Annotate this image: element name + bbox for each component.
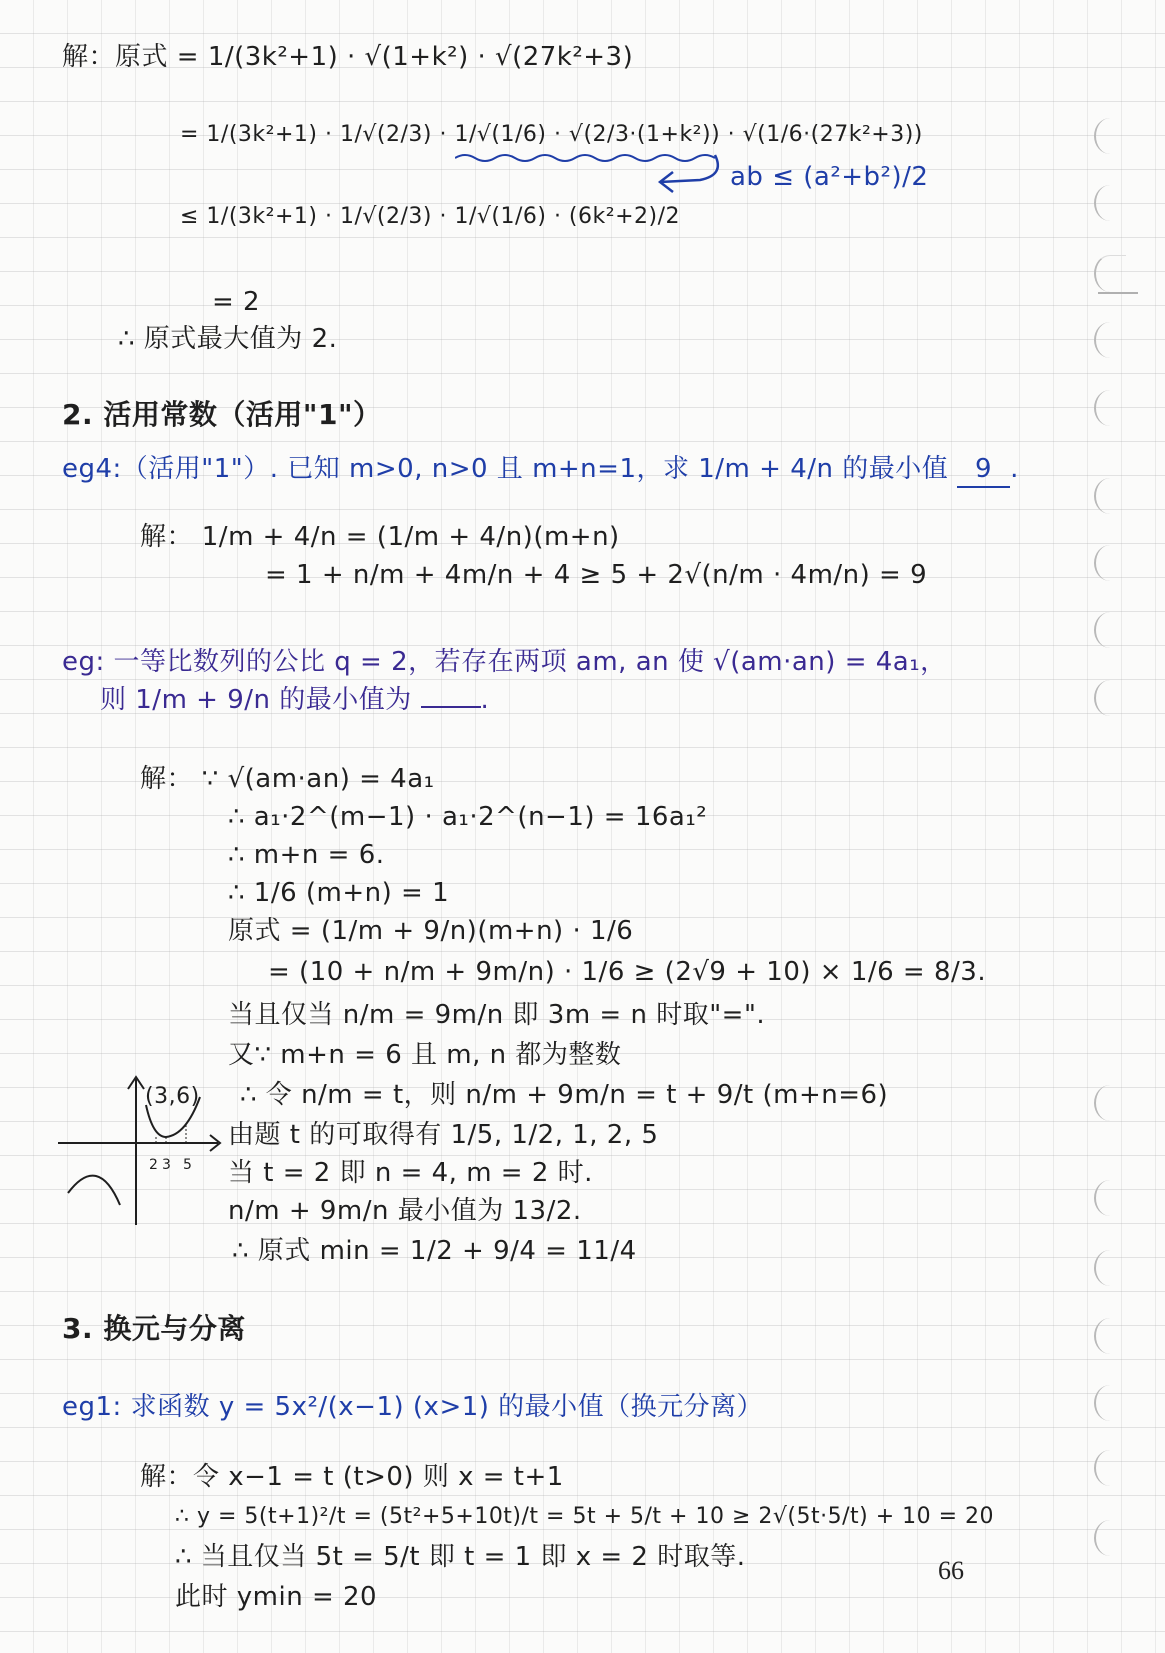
binder-ring [1094,255,1126,292]
solution-line: 解：令 x−1 = t (t>0) 则 x = t+1 [140,1460,564,1494]
solution-line: ∴ 1/6 (m+n) = 1 [228,876,449,910]
question-suffix: . [1010,454,1019,484]
answer-blank [421,684,481,708]
graph-tick-label: 2 [149,1148,158,1182]
solution-line: ≤ 1/(3k²+1) · 1/√(2/3) · 1/√(1/6) · (6k²… [180,200,680,234]
graph-vertex-label: (3,6) [145,1080,200,1114]
solution-line: = 1/(3k²+1) · 1/√(2/3) · 1/√(1/6) · √(2/… [180,118,923,152]
section-heading: 3. 换元与分离 [62,1312,246,1346]
solution-line: 解： ∵ √(am·an) = 4a₁ [140,762,435,796]
solution-line: ∴ y = 5(t+1)²/t = (5t²+5+10t)/t = 5t + 5… [175,1500,994,1534]
example-question: eg1: 求函数 y = 5x²/(x−1) (x>1) 的最小值（换元分离） [62,1390,763,1424]
binder-ring [1094,545,1126,581]
solution-line: 解： 1/m + 4/n = (1/m + 4/n)(m+n) [140,520,620,554]
conclusion-line: ∴ 原式最大值为 2. [118,322,337,356]
example-question: eg: 一等比数列的公比 q = 2，若存在两项 am, an 使 √(am·a… [62,645,947,679]
solution-line: 原式 = (1/m + 9/n)(m+n) · 1/6 [228,914,633,948]
binder-ring-tab [1098,292,1138,294]
solution-line: 当且仅当 n/m = 9m/n 即 3m = n 时取"=". [228,998,765,1032]
binder-ring [1094,390,1126,426]
question-suffix: . [481,685,490,715]
solution-line: = (10 + n/m + 9m/n) · 1/6 ≥ (2√9 + 10) ×… [268,955,986,989]
solution-line: 解：原式 = 1/(3k²+1) · √(1+k²) · √(27k²+3) [62,40,633,74]
solution-line: ∴ 原式 min = 1/2 + 9/4 = 11/4 [232,1234,637,1268]
section-heading: 2. 活用常数（活用"1"） [62,398,382,432]
solution-line: ∴ m+n = 6. [228,838,385,872]
binder-ring [1094,1520,1126,1556]
example-question: eg4:（活用"1"）. 已知 m>0, n>0 且 m+n=1，求 1/m +… [62,452,1019,488]
solution-line: 又∵ m+n = 6 且 m, n 都为整数 [228,1038,621,1072]
solution-line: 当 t = 2 即 n = 4, m = 2 时. [228,1156,593,1190]
solution-line: n/m + 9m/n 最小值为 13/2. [228,1194,582,1228]
solution-line: 由题 t 的可取得有 1/5, 1/2, 1, 2, 5 [228,1118,658,1152]
solution-line: ∴ 令 n/m = t，则 n/m + 9m/n = t + 9/t (m+n=… [240,1078,888,1112]
binder-ring [1094,612,1126,648]
binder-ring [1094,1085,1126,1121]
binder-ring [1094,185,1126,221]
solution-line: = 2 [212,285,260,319]
example-question: 则 1/m + 9/n 的最小值为 . [100,683,489,717]
solution-line: ∴ 当且仅当 5t = 5/t 即 t = 1 即 x = 2 时取等. [175,1540,746,1574]
binder-ring [1094,322,1126,358]
binder-ring [1094,680,1126,716]
page-number: 66 [938,1556,964,1586]
function-graph [58,1075,228,1225]
answer-blank: 9 [957,452,1010,488]
binder-ring [1094,1250,1126,1286]
question-text: 则 1/m + 9/n 的最小值为 [100,685,412,715]
solution-line: 此时 ymin = 20 [175,1580,377,1614]
solution-line: ∴ a₁·2^(m−1) · a₁·2^(n−1) = 16a₁² [228,800,707,834]
binder-ring [1094,118,1126,154]
arrow-icon [655,150,730,200]
binder-ring [1094,1180,1126,1216]
solution-line: = 1 + n/m + 4m/n + 4 ≥ 5 + 2√(n/m · 4m/n… [265,558,927,592]
binder-ring [1094,1385,1126,1421]
graph-tick-label: 5 [183,1148,192,1182]
binder-ring [1094,1318,1126,1354]
inequality-note: ab ≤ (a²+b²)/2 [730,160,928,194]
binder-ring [1094,478,1126,514]
binder-ring [1094,1450,1126,1486]
graph-tick-label: 3 [162,1148,171,1182]
question-text: eg4:（活用"1"）. 已知 m>0, n>0 且 m+n=1，求 1/m +… [62,454,948,484]
